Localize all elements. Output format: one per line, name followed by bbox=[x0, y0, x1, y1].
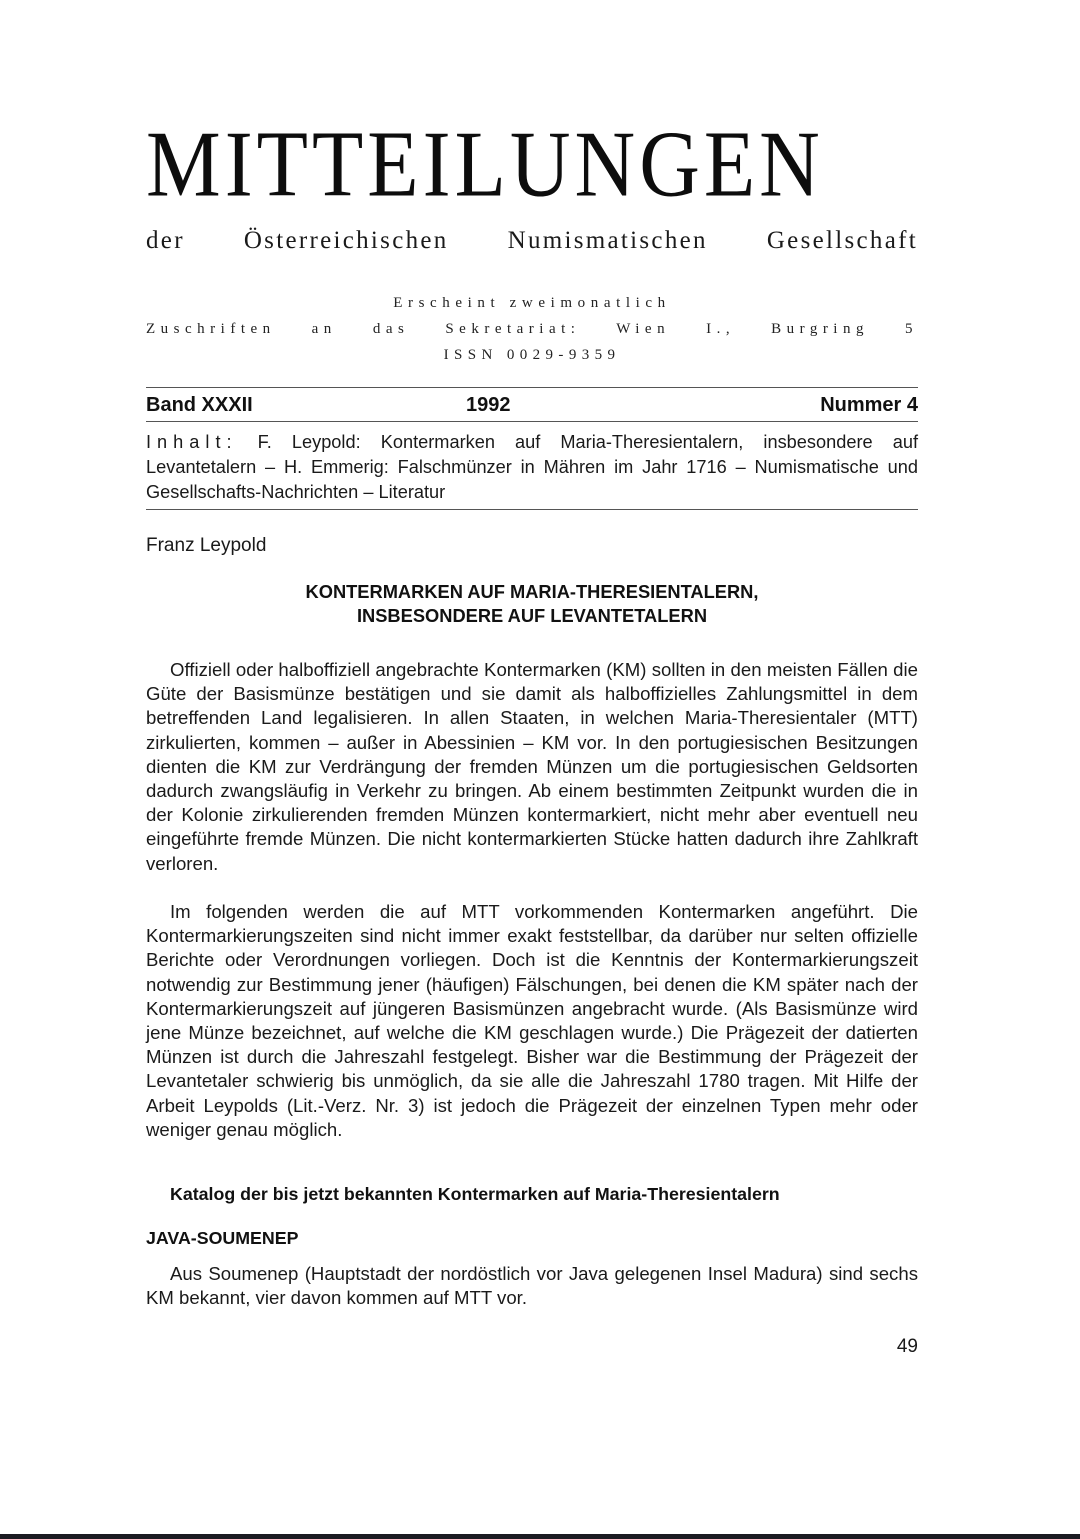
issue-number: Nummer 4 bbox=[820, 394, 918, 417]
body-paragraph-2: Im folgenden werden die auf MTT vorkomme… bbox=[146, 900, 918, 1142]
publication-frequency: Erscheint zweimonatlich bbox=[146, 292, 918, 314]
article-author: Franz Leypold bbox=[146, 534, 266, 558]
divider-contents bbox=[146, 509, 918, 510]
article-title-line-1: KONTERMARKEN AUF MARIA-THERESIENTALERN, bbox=[146, 580, 918, 604]
volume-label: Band XXXII bbox=[146, 394, 253, 417]
scan-edge bbox=[0, 1534, 1080, 1539]
paragraph-text: Im folgenden werden die auf MTT vorkomme… bbox=[146, 900, 918, 1142]
issn: ISSN 0029-9359 bbox=[146, 344, 918, 366]
issue-year: 1992 bbox=[466, 394, 511, 417]
catalog-heading: Katalog der bis jetzt bekannten Konterma… bbox=[170, 1182, 780, 1206]
paragraph-text: Aus Soumenep (Hauptstadt der nordöstlich… bbox=[146, 1262, 918, 1310]
journal-title: MITTEILUNGEN bbox=[146, 118, 918, 212]
article-title: KONTERMARKEN AUF MARIA-THERESIENTALERN, … bbox=[146, 580, 918, 628]
divider-issue bbox=[146, 421, 918, 422]
divider-top bbox=[146, 387, 918, 388]
body-paragraph-1: Offiziell oder halboffiziell angebrachte… bbox=[146, 658, 918, 876]
page-number: 49 bbox=[897, 1335, 918, 1359]
contents-text: F. Leypold: Kontermarken auf Maria-There… bbox=[146, 432, 918, 502]
article-title-line-2: INSBESONDERE AUF LEVANTETALERN bbox=[146, 604, 918, 628]
publication-address: Zuschriften an das Sekretariat: Wien I.,… bbox=[146, 318, 918, 340]
paragraph-text: Offiziell oder halboffiziell angebrachte… bbox=[146, 658, 918, 876]
section-heading: JAVA-SOUMENEP bbox=[146, 1226, 298, 1250]
contents-label: Inhalt: bbox=[146, 432, 238, 452]
issue-info: Band XXXII 1992 Nummer 4 bbox=[146, 392, 918, 418]
section-paragraph: Aus Soumenep (Hauptstadt der nordöstlich… bbox=[146, 1262, 918, 1310]
table-of-contents: Inhalt: F. Leypold: Kontermarken auf Mar… bbox=[146, 430, 918, 505]
journal-subtitle: der Österreichischen Numismatischen Gese… bbox=[146, 226, 918, 256]
